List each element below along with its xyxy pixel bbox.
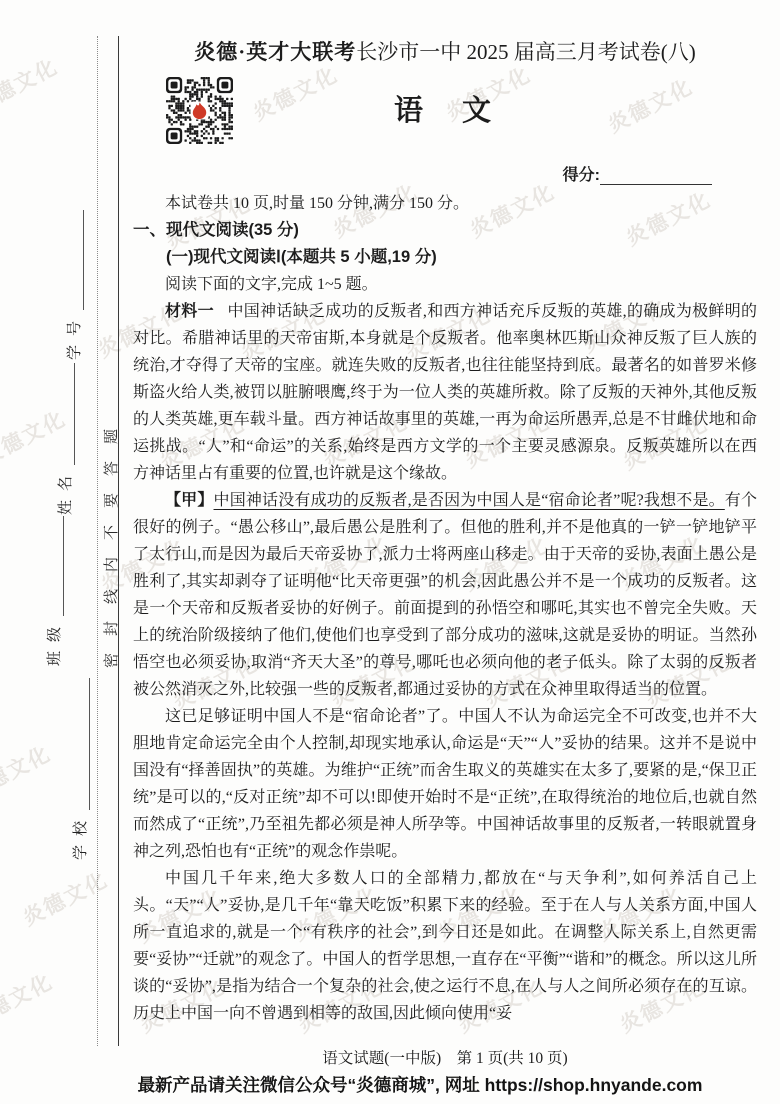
material-paragraph-1: 材料一中国神话缺乏成功的反叛者,和西方神话充斥反叛的英雄,的确成为极鲜明的对比。… bbox=[133, 298, 757, 487]
material-label: 材料一 bbox=[165, 303, 214, 320]
field-student-id: 学号 bbox=[62, 210, 84, 360]
footer-promo: 最新产品请关注微信公众号“炎德商城”, 网址 https://shop.hnya… bbox=[60, 1072, 780, 1097]
material-paragraph-4: 中国几千年来,绝大多数人口的全部精力,都放在“与天争利”,如何养活自己上头。“天… bbox=[133, 865, 757, 1027]
section-heading: 一、现代文阅读(35 分) bbox=[133, 217, 757, 244]
seal-warning-text: 密封线内不要答题 bbox=[100, 378, 121, 668]
field-student-id-label: 学号 bbox=[63, 312, 84, 360]
watermark: 炎德文化 bbox=[17, 864, 113, 932]
reading-instruction: 阅读下面的文字,完成 1~5 题。 bbox=[133, 271, 757, 298]
intro-note: 本试卷共 10 页,时量 150 分钟,满分 150 分。 bbox=[133, 190, 757, 217]
field-class-blank bbox=[48, 516, 64, 616]
field-class-label: 班级 bbox=[43, 618, 64, 666]
score-field: 得分: bbox=[563, 162, 712, 185]
field-name-blank bbox=[59, 363, 75, 465]
watermark: 炎德文化 bbox=[0, 51, 63, 119]
material-paragraph-2: 【甲】中国神话没有成功的反叛者,是否因为中国人是“宿命论者”呢?我想不是。有个很… bbox=[133, 487, 757, 703]
watermark: 炎德文化 bbox=[0, 738, 56, 806]
field-class: 班级 bbox=[42, 516, 64, 666]
exam-title-rest: 长沙市一中 2025 届高三月考试卷(八) bbox=[356, 40, 696, 64]
watermark: 炎德文化 bbox=[0, 966, 58, 1034]
exam-title-brand: 炎德·英才大联考 bbox=[194, 40, 356, 64]
field-name-label: 姓名 bbox=[54, 467, 75, 515]
score-label: 得分: bbox=[563, 162, 600, 185]
field-school: 学校 bbox=[68, 678, 90, 860]
seal-dotted-line bbox=[97, 36, 98, 1046]
exam-page: 炎德文化炎德文化炎德文化炎德文化炎德文化炎德文化炎德文化炎德文化炎德文化炎德文化… bbox=[0, 0, 780, 1104]
score-blank bbox=[600, 167, 712, 185]
material-paragraph-1-text: 中国神话缺乏成功的反叛者,和西方神话充斥反叛的英雄,的确成为极鲜明的对比。希腊神… bbox=[133, 303, 757, 482]
subsection-heading: (一)现代文阅读Ⅰ(本题共 5 小题,19 分) bbox=[133, 244, 757, 271]
material-paragraph-2-text: 有个很好的例子。“愚公移山”,最后愚公是胜利了。但他的胜利,并不是他真的一铲一铲… bbox=[133, 492, 757, 698]
material-paragraph-3: 这已足够证明中国人不是“宿命论者”了。中国人不认为命运完全不可改变,也并不大胆地… bbox=[133, 703, 757, 865]
field-student-id-blank bbox=[68, 210, 84, 310]
footer-page-info: 语文试题(一中版) 第 1 页(共 10 页) bbox=[133, 1046, 757, 1068]
subject-title: 语 文 bbox=[133, 88, 757, 129]
field-name: 姓名 bbox=[53, 363, 75, 515]
underlined-sentence: 中国神话没有成功的反叛者,是否因为中国人是“宿命论者”呢?我想不是。 bbox=[214, 492, 725, 509]
exam-title: 炎德·英才大联考长沙市一中 2025 届高三月考试卷(八) bbox=[133, 36, 757, 66]
content-column: 炎德·英才大联考长沙市一中 2025 届高三月考试卷(八) 语 文 得分: 本试… bbox=[133, 36, 757, 1027]
marker-jia: 【甲】 bbox=[165, 492, 214, 509]
body-text: 本试卷共 10 页,时量 150 分钟,满分 150 分。 一、现代文阅读(35… bbox=[133, 190, 757, 1027]
field-school-label: 学校 bbox=[69, 812, 90, 860]
field-school-blank bbox=[74, 678, 90, 810]
